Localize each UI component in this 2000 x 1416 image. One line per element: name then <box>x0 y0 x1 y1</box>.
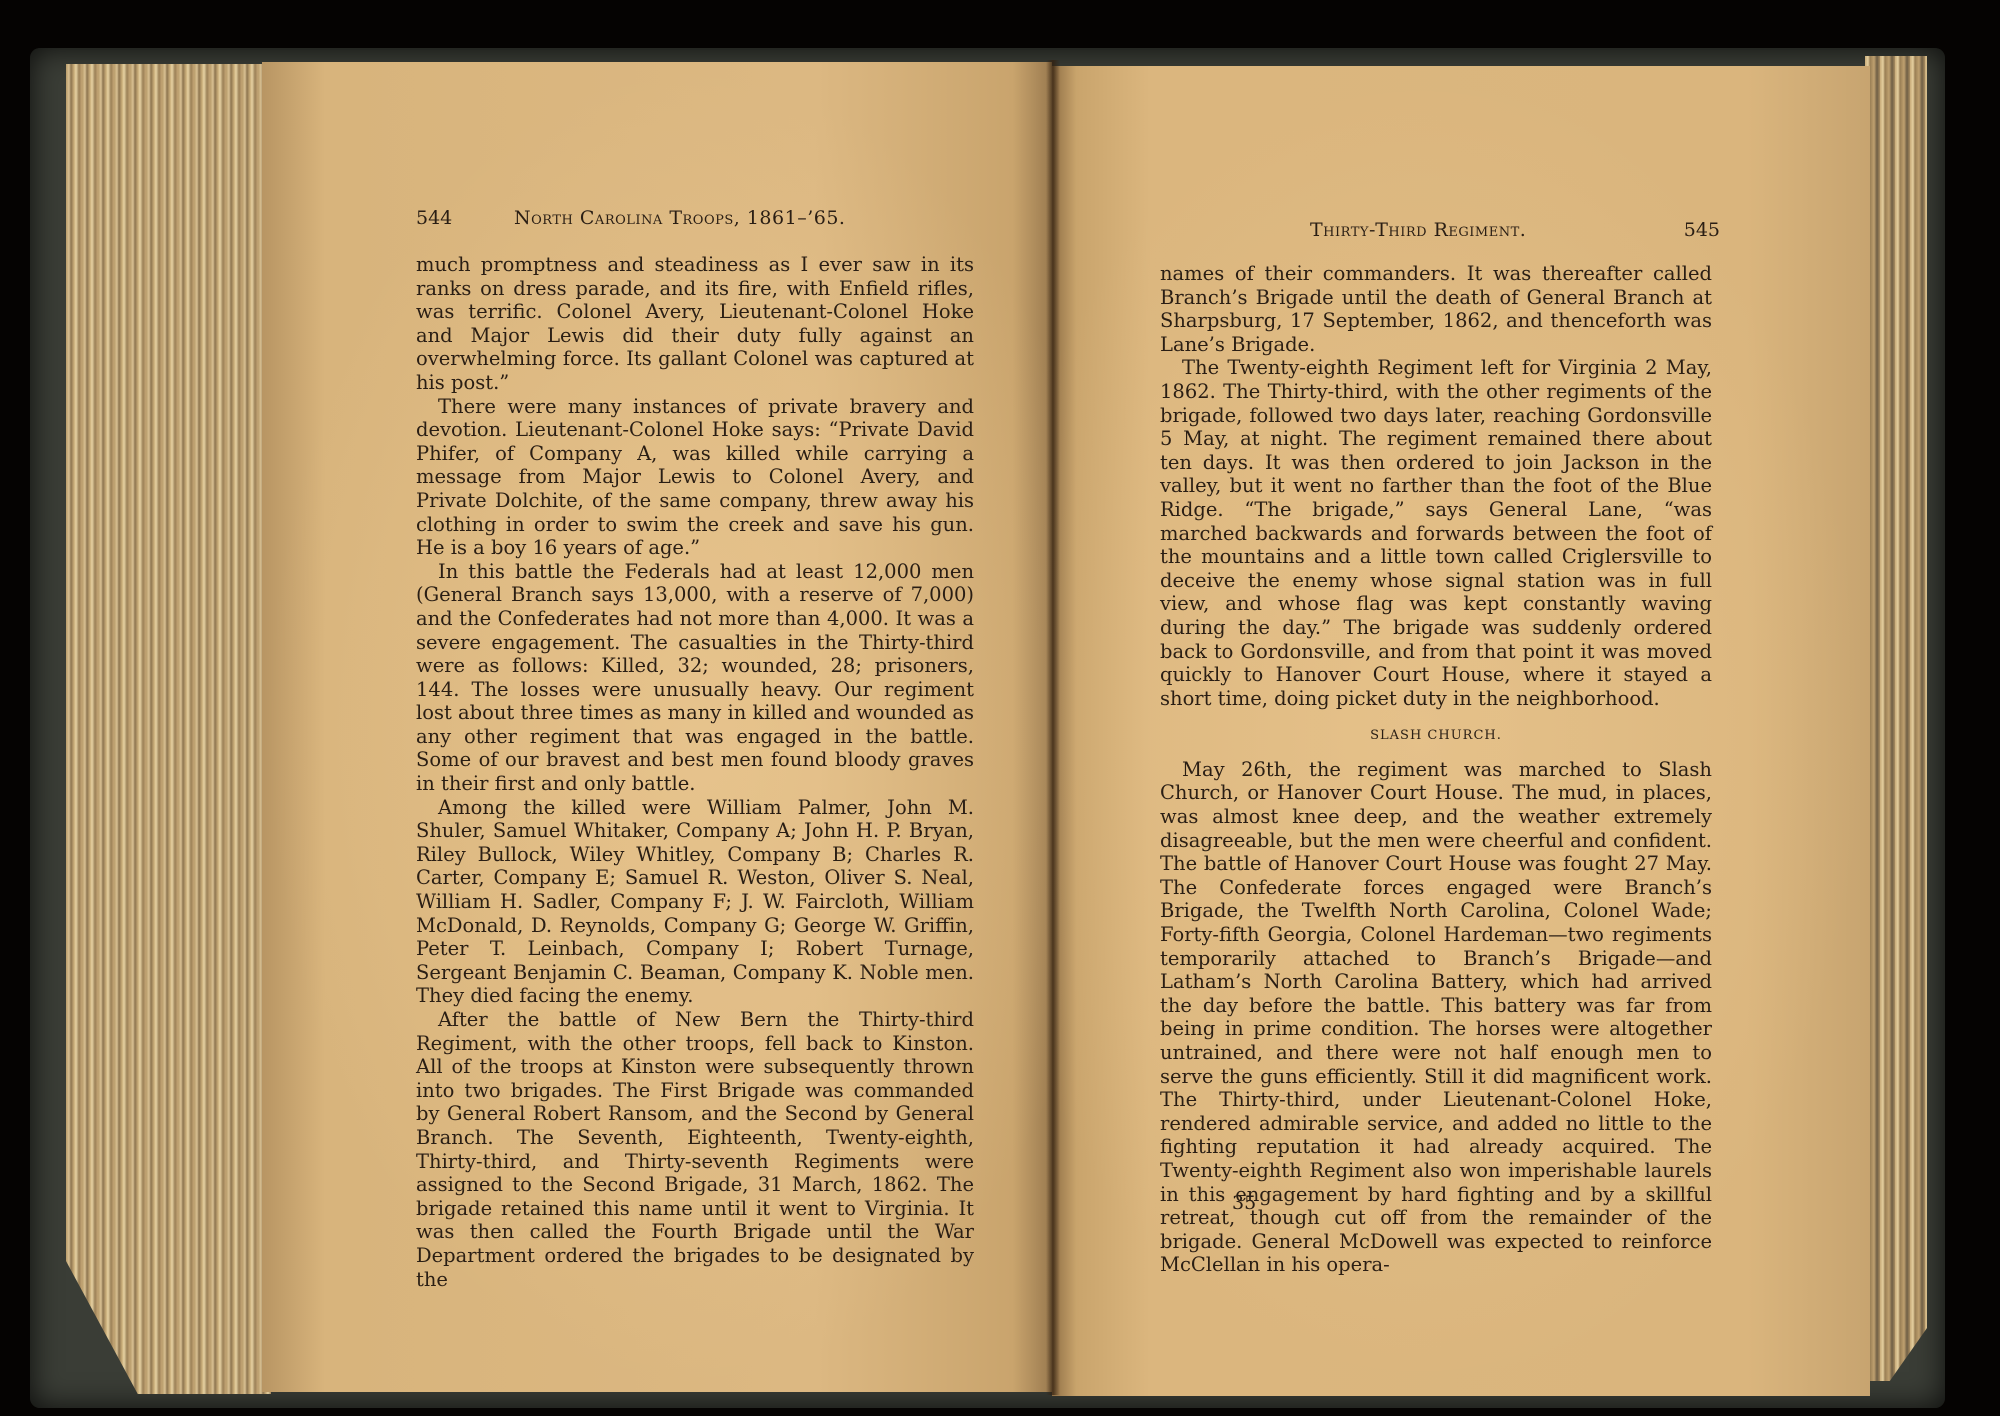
left-page-body: much promptness and steadiness as I ever… <box>416 253 974 1291</box>
paragraph: The Twenty-eighth Regiment left for Virg… <box>1160 356 1712 710</box>
left-page-number: 544 <box>416 207 514 229</box>
left-page-stack-edge <box>66 64 271 1394</box>
right-page-body: names of their commanders. It was therea… <box>1160 262 1712 1277</box>
signature-mark: 35 <box>1232 1192 1256 1214</box>
paragraph: Among the killed were William Palmer, Jo… <box>416 796 974 1008</box>
left-running-title: North Carolina Troops, 1861–’65. <box>514 207 845 229</box>
paragraph: names of their commanders. It was therea… <box>1160 262 1712 356</box>
right-page-number: 545 <box>1684 219 1720 241</box>
section-heading: SLASH CHURCH. <box>1160 724 1712 748</box>
paragraph: much promptness and steadiness as I ever… <box>416 253 974 395</box>
paragraph: In this battle the Federals had at least… <box>416 560 974 796</box>
paragraph: After the battle of New Bern the Thirty-… <box>416 1008 974 1291</box>
paragraph: There were many instances of private bra… <box>416 395 974 560</box>
left-running-head: 544North Carolina Troops, 1861–’65. <box>416 207 845 229</box>
right-running-head: Thirty-Third Regiment. 545 <box>1310 219 1720 241</box>
right-running-title: Thirty-Third Regiment. <box>1310 219 1526 241</box>
right-page-stack-edge <box>1865 56 1927 1381</box>
book-gutter <box>1046 60 1060 1395</box>
